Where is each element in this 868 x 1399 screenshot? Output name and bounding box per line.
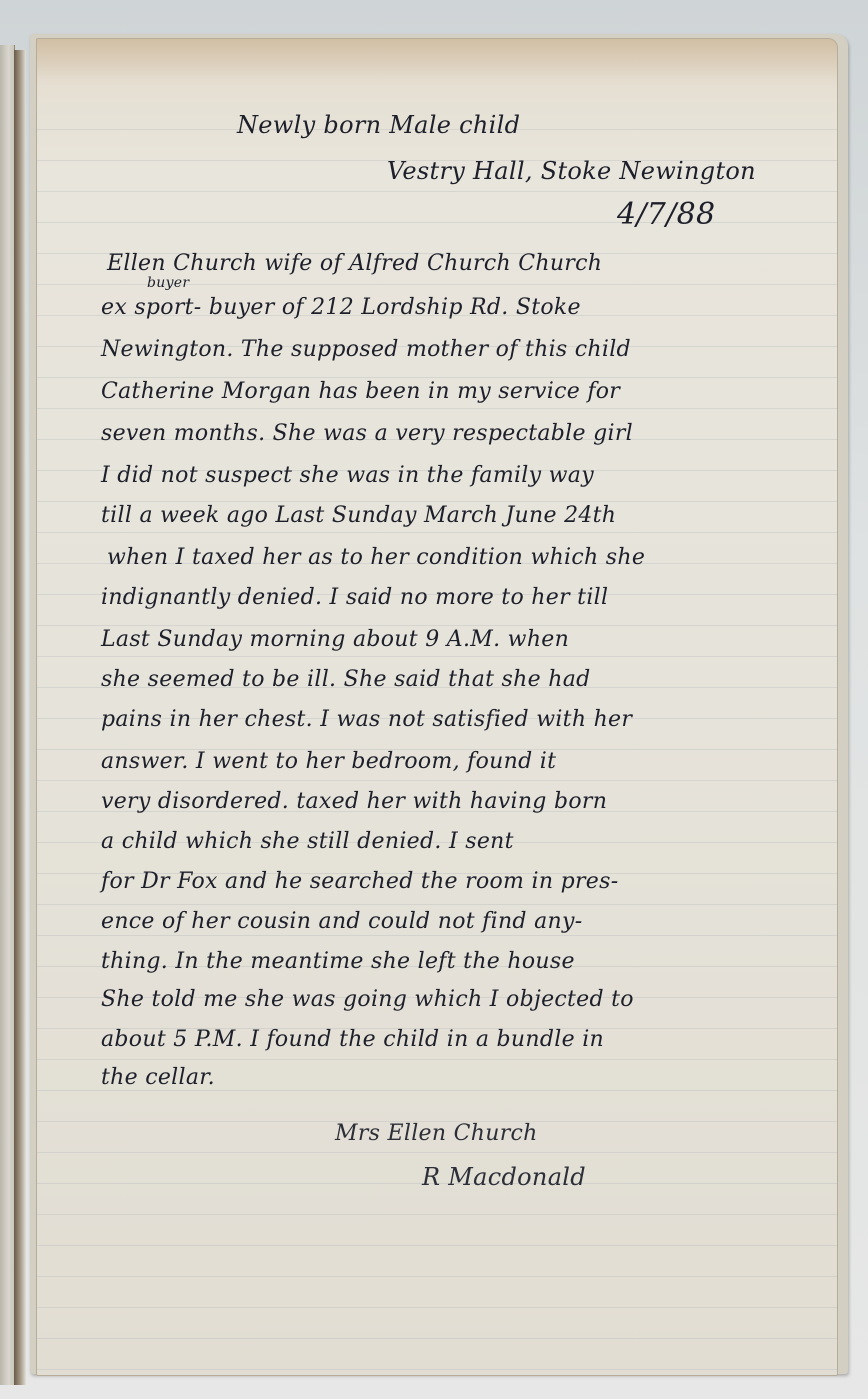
- body-line: about 5 P.M. I found the child in a bund…: [101, 1027, 604, 1052]
- body-line: when I taxed her as to her condition whi…: [107, 545, 645, 570]
- inquest-date: 4/7/88: [617, 197, 715, 232]
- body-line: seven months. She was a very respectable…: [101, 421, 633, 446]
- body-line: ence of her cousin and could not find an…: [101, 909, 582, 934]
- body-line: pains in her chest. I was not satisfied …: [101, 707, 632, 732]
- body-line: very disordered. taxed her with having b…: [101, 789, 607, 814]
- document-page: Newly born Male child Vestry Hall, Stoke…: [36, 38, 838, 1376]
- body-line: I did not suspect she was in the family …: [101, 463, 594, 488]
- body-line: answer. I went to her bedroom, found it: [101, 749, 556, 774]
- body-line: the cellar.: [101, 1065, 215, 1090]
- body-line: She told me she was going which I object…: [101, 987, 634, 1012]
- body-line: thing. In the meantime she left the hous…: [101, 949, 575, 974]
- binding-spine: [14, 50, 26, 1385]
- inquest-location: Vestry Hall, Stoke Newington: [387, 157, 756, 185]
- top-stain: [37, 39, 837, 79]
- body-line: till a week ago Last Sunday March June 2…: [101, 503, 616, 528]
- body-line: indignantly denied. I said no more to he…: [101, 585, 608, 610]
- deponent-signature: Mrs Ellen Church: [335, 1121, 538, 1146]
- body-line: she seemed to be ill. She said that she …: [101, 667, 591, 692]
- left-page-edge: [0, 45, 15, 1385]
- body-line: ex sport- buyer of 212 Lordship Rd. Stok…: [101, 295, 581, 320]
- case-title: Newly born Male child: [237, 111, 520, 139]
- body-line: Newington. The supposed mother of this c…: [101, 337, 631, 362]
- body-line: a child which she still denied. I sent: [101, 829, 514, 854]
- body-line: Ellen Church wife of Alfred Church Churc…: [107, 251, 602, 276]
- body-line: for Dr Fox and he searched the room in p…: [101, 869, 618, 894]
- body-line: Last Sunday morning about 9 A.M. when: [101, 627, 569, 652]
- coroner-signature: R Macdonald: [422, 1163, 586, 1191]
- body-line: Catherine Morgan has been in my service …: [101, 379, 620, 404]
- interlinear-correction: buyer: [147, 275, 189, 291]
